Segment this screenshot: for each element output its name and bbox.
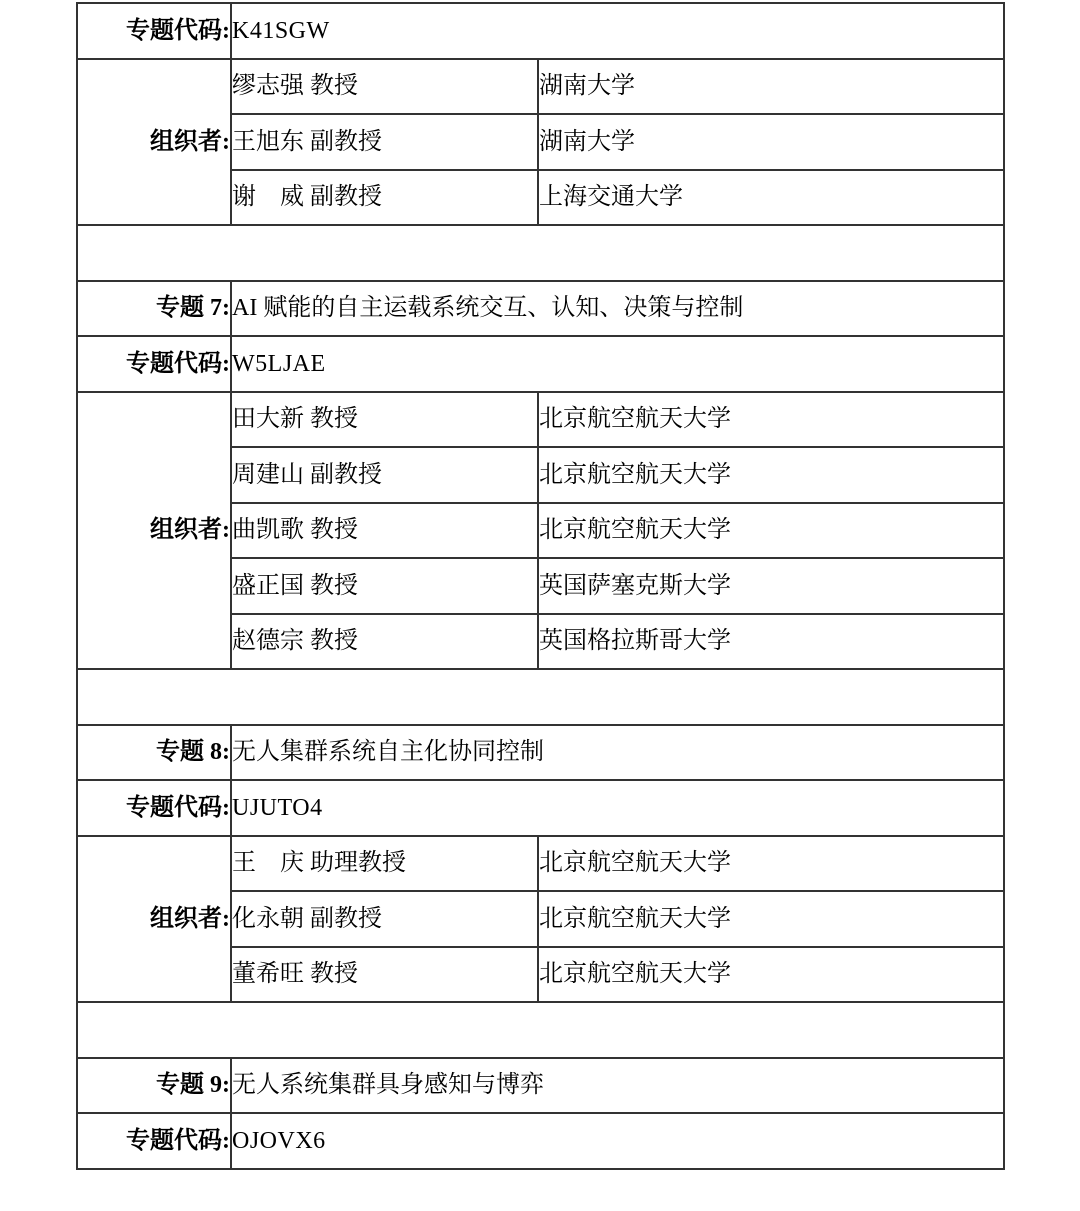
row-label: 组织者: xyxy=(77,59,231,226)
organizer-affiliation: 湖南大学 xyxy=(538,114,1004,170)
topic-row: 专题 7: AI 赋能的自主运载系统交互、认知、决策与控制 xyxy=(77,281,1004,337)
organizer-affiliation: 北京航空航天大学 xyxy=(538,891,1004,947)
row-label: 专题 7: xyxy=(77,281,231,337)
organizer-row: 组织者: 王 庆 助理教授 北京航空航天大学 xyxy=(77,836,1004,892)
code-row: 专题代码: UJUTO4 xyxy=(77,780,1004,836)
organizer-name: 谢 威 副教授 xyxy=(231,170,538,226)
row-label: 组织者: xyxy=(77,392,231,670)
spacer-row xyxy=(77,225,1004,281)
organizer-name: 董希旺 教授 xyxy=(231,947,538,1003)
row-label: 专题代码: xyxy=(77,1113,231,1169)
sessions-table: 专题代码: K41SGW 组织者: 缪志强 教授 湖南大学 王旭东 副教授 湖南… xyxy=(76,2,1005,1170)
organizer-name: 缪志强 教授 xyxy=(231,59,538,115)
organizer-affiliation: 北京航空航天大学 xyxy=(538,503,1004,559)
organizer-name: 化永朝 副教授 xyxy=(231,891,538,947)
organizer-name: 盛正国 教授 xyxy=(231,558,538,614)
spacer-row xyxy=(77,1002,1004,1058)
organizer-name: 田大新 教授 xyxy=(231,392,538,448)
spacer-row xyxy=(77,669,1004,725)
row-label: 专题 9: xyxy=(77,1058,231,1114)
code-row: 专题代码: W5LJAE xyxy=(77,336,1004,392)
organizer-affiliation: 北京航空航天大学 xyxy=(538,392,1004,448)
spacer-cell xyxy=(77,225,1004,281)
topic-row: 专题 8: 无人集群系统自主化协同控制 xyxy=(77,725,1004,781)
row-label: 专题代码: xyxy=(77,780,231,836)
session-code: OJOVX6 xyxy=(231,1113,1004,1169)
organizer-affiliation: 英国格拉斯哥大学 xyxy=(538,614,1004,670)
organizer-name: 赵德宗 教授 xyxy=(231,614,538,670)
organizer-name: 王 庆 助理教授 xyxy=(231,836,538,892)
organizer-affiliation: 上海交通大学 xyxy=(538,170,1004,226)
row-label: 专题 8: xyxy=(77,725,231,781)
spacer-cell xyxy=(77,669,1004,725)
organizer-affiliation: 北京航空航天大学 xyxy=(538,836,1004,892)
session-code: W5LJAE xyxy=(231,336,1004,392)
session-title: AI 赋能的自主运载系统交互、认知、决策与控制 xyxy=(231,281,1004,337)
organizer-affiliation: 北京航空航天大学 xyxy=(538,447,1004,503)
code-row: 专题代码: K41SGW xyxy=(77,3,1004,59)
session-title: 无人系统集群具身感知与博弈 xyxy=(231,1058,1004,1114)
organizer-affiliation: 英国萨塞克斯大学 xyxy=(538,558,1004,614)
code-row: 专题代码: OJOVX6 xyxy=(77,1113,1004,1169)
organizer-affiliation: 北京航空航天大学 xyxy=(538,947,1004,1003)
organizer-name: 周建山 副教授 xyxy=(231,447,538,503)
row-label: 专题代码: xyxy=(77,3,231,59)
spacer-cell xyxy=(77,1002,1004,1058)
row-label: 专题代码: xyxy=(77,336,231,392)
organizer-row: 组织者: 缪志强 教授 湖南大学 xyxy=(77,59,1004,115)
topic-row: 专题 9: 无人系统集群具身感知与博弈 xyxy=(77,1058,1004,1114)
session-code: UJUTO4 xyxy=(231,780,1004,836)
row-label: 组织者: xyxy=(77,836,231,1003)
session-code: K41SGW xyxy=(231,3,1004,59)
document-page: 专题代码: K41SGW 组织者: 缪志强 教授 湖南大学 王旭东 副教授 湖南… xyxy=(0,0,1080,1211)
session-title: 无人集群系统自主化协同控制 xyxy=(231,725,1004,781)
organizer-affiliation: 湖南大学 xyxy=(538,59,1004,115)
organizer-name: 曲凯歌 教授 xyxy=(231,503,538,559)
organizer-row: 组织者: 田大新 教授 北京航空航天大学 xyxy=(77,392,1004,448)
organizer-name: 王旭东 副教授 xyxy=(231,114,538,170)
